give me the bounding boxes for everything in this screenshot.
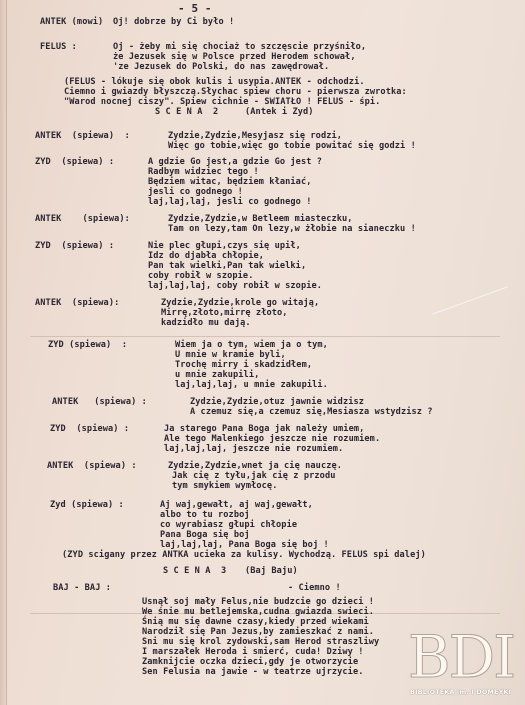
watermark-caption: BIBLIOTEKA im. I DOMEYKI	[410, 688, 511, 696]
speaker-antek: ANTEK (spiewa) :	[35, 131, 130, 141]
dialogue-line: co wyrabiasz głupi chłopie	[160, 520, 297, 530]
dialogue-line: laj,laj,laj, coby robił w szopie.	[148, 281, 322, 291]
dialogue-line: Usnął soj mały Felus,nie budzcie go dzie…	[142, 597, 374, 607]
dialogue-line: Oj! dobrze by Ci było !	[113, 17, 234, 27]
dialogue-line: Więc go tobie,więc go tobie powitać się …	[168, 141, 416, 151]
speaker-zyd: ZYD (spiewa) :	[48, 340, 127, 350]
speaker-zyd: Zyd (spiewa) :	[50, 500, 124, 510]
speaker-zyd: ZYD (spiewa) :	[35, 241, 114, 251]
dialogue-line: Trochę mirry i skadzidłem,	[175, 360, 312, 370]
dialogue-line: Pana Boga się boj	[160, 530, 250, 540]
dialogue-line: Zydzie,Zydzie,otuz jawnie widzisz	[190, 397, 364, 407]
dialogue-line: jesli co godnego !	[148, 187, 243, 197]
dialogue-line: Zydzie,Zydzie,w Betleem miasteczku,	[168, 214, 353, 224]
dialogue-line: Zydzie,Zydzie,Mesyjasz się rodzi,	[168, 131, 342, 141]
dialogue-line: Będziem witac, będziem kłaniać,	[148, 177, 312, 187]
dialogue-line: Jak cię z tyłu,jak cię z przodu	[172, 471, 336, 481]
scene-heading: S C E N A 2	[155, 107, 218, 117]
dialogue-line: u mnie zakupili,	[175, 370, 259, 380]
dialogue-line: laj,laj,laj, jesli co godnego !	[148, 197, 312, 207]
dialogue-line: albo to tu rozboj	[160, 510, 250, 520]
dialogue-line: Ja starego Pana Boga jak należy umiem,	[164, 424, 364, 434]
stage-direction: "Warod nocnej ciszy". Spiew cichnie - SW…	[64, 97, 380, 107]
scene-heading: S C E N A 3	[163, 566, 226, 576]
dialogue-line: Ale tego Malenkiego jeszcze nie rozumiem…	[164, 434, 380, 444]
dialogue-line: Śnią mu się dawne czasy,kiedy przed wiek…	[142, 617, 369, 627]
document-page: - 5 - ANTEK (mowi) Oj! dobrze by Ci było…	[0, 0, 525, 705]
speaker-antek: ANTEK (mowi)	[40, 17, 103, 27]
dialogue-line: We śnie mu betlejemska,cudna gwiazda swi…	[142, 607, 374, 617]
dialogue-line: 'ze Jezusek do Polski, do nas zawędrował…	[113, 62, 329, 72]
stage-direction: (FELUS - lókuje się obok kulis i usypia.…	[64, 77, 365, 87]
speaker-antek: ANTEK (spiewa) :	[47, 461, 137, 471]
dialogue-line: Zydzie,Zydzie,wnet ja cię nauczę.	[168, 461, 342, 471]
dialogue-line: A czemuz się,a czemuz się,Mesiasza wstyd…	[190, 407, 433, 417]
dialogue-line: - Ciemno !	[288, 583, 341, 593]
dialogue-line: coby robił w szopie.	[148, 271, 253, 281]
dialogue-line: Mirrę,złoto,mirrę złoto,	[161, 308, 288, 318]
dialogue-line: że Jezusek się w Polsce przed Herodem sc…	[113, 52, 356, 62]
dialogue-line: Tam on lezy,tam On lezy,w żłobie na sian…	[168, 224, 416, 234]
dialogue-line: Radbym widziec tego !	[148, 167, 259, 177]
dialogue-line: tym smykiem wymłocę.	[172, 481, 277, 491]
speaker-antek: ANTEK (spiewa):	[35, 214, 130, 224]
dialogue-line: Narodził się Pan Jezus,by zamieszkać z n…	[142, 627, 374, 637]
dialogue-line: U mnie w kramie byli,	[175, 350, 286, 360]
dialogue-line: laj,laj,laj, jeszcze nie rozumiem.	[164, 444, 343, 454]
dialogue-line: I marszałek Heroda i smierć, cuda! Dziwy…	[142, 647, 364, 657]
scene-heading-sub: (Baj Baju)	[245, 566, 298, 576]
speaker-antek: ANTEK (spiewa):	[35, 298, 119, 308]
dialogue-line: Sen Felusia na jawie - w teatrze ujrzyci…	[142, 667, 364, 677]
dialogue-line: laj,laj,laj, u mnie zakupili.	[175, 380, 328, 390]
stage-direction: (ZYD scigany przez ANTKA ucieka za kulis…	[62, 550, 426, 560]
dialogue-line: Pan tak wielki,Pan tak wielki,	[148, 261, 306, 271]
dialogue-line: Idz do djabła chłopie,	[148, 251, 264, 261]
watermark-logo: BDI	[408, 628, 514, 686]
speaker-zyd: ZYD (spiewa) :	[50, 424, 129, 434]
dialogue-line: Nie plec głupi,czys się upił,	[148, 241, 301, 251]
dialogue-line: Aj waj,gewałt, aj waj,gewałt,	[160, 500, 313, 510]
library-watermark: BDI BIBLIOTEKA im. I DOMEYKI	[408, 628, 523, 698]
speaker-zyd: ZYD (spiewa) :	[35, 157, 114, 167]
speaker-antek: ANTEK (spiewa) :	[52, 397, 147, 407]
dialogue-line: laj,laj,laj, Pana Boga się boj !	[160, 540, 329, 550]
dialogue-line: Oj - żeby mi się chociaż to szczęscie pr…	[113, 42, 366, 52]
dialogue-line: Sni mu się krol zydowski,sam Herod stras…	[142, 637, 379, 647]
dialogue-line: Wiem ja o tym, wiem ja o tym,	[175, 340, 328, 350]
speaker-felus: FELUS :	[40, 42, 77, 52]
page-number: - 5 -	[178, 4, 212, 14]
stage-direction: Ciemno i gwiazdy błyszczą.Słychac spiew …	[64, 87, 407, 97]
dialogue-line: A gdzie Go jest,a gdzie Go jest ?	[148, 157, 322, 167]
speaker-baj: BAJ - BAJ :	[53, 583, 111, 593]
dialogue-line: kadzidło mu dają.	[161, 318, 251, 328]
dialogue-line: Zamknijcie oczka dzieci,gdy je otworzyci…	[142, 657, 358, 667]
dialogue-line: Zydzie,Zydzie,krole go witają,	[161, 298, 319, 308]
scene-heading-sub: (Antek i Zyd)	[245, 107, 314, 117]
